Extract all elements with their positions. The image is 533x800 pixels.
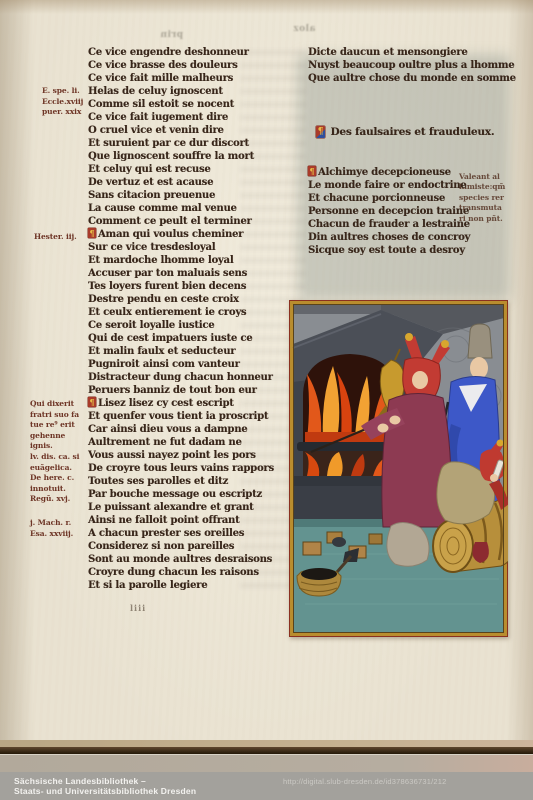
text-line: innotuit. bbox=[30, 484, 94, 495]
text-line: Din aultres choses de concroy bbox=[308, 231, 520, 244]
text-line: Sicque soy est toute a desroy bbox=[308, 244, 520, 257]
text-line: Distracteur dung chacun honneur bbox=[88, 371, 306, 384]
text-line: Toutes ses parolles et ditz bbox=[88, 475, 306, 488]
text-line: Esa. xxviij. bbox=[30, 529, 94, 540]
text-line: tue re⁹ erit bbox=[30, 420, 94, 431]
miniature-illustration bbox=[289, 300, 508, 637]
text-line: Car ainsi dieu vous a dampne bbox=[88, 423, 306, 436]
text-line: j. Mach. r. bbox=[30, 518, 94, 529]
dark-cap bbox=[332, 537, 346, 547]
text-line: Et ceulx entierement ie croys bbox=[88, 306, 306, 319]
page-bottom-edge bbox=[0, 740, 533, 747]
text-line: Aultrement ne fut dadam ne bbox=[88, 436, 306, 449]
illuminated-paragraph-mark: ¶ bbox=[88, 397, 96, 407]
digitized-manuscript-page: prin aloz E. spe. li.Eccle.xviijpuer. xx… bbox=[0, 0, 533, 800]
text-line: ¶Aman qui voulus cheminer bbox=[88, 228, 306, 241]
text-line: Qui de cest impatuers iuste ce bbox=[88, 332, 306, 345]
text-line: Et quenfer vous tient ia proscript bbox=[88, 410, 306, 423]
tall-hat bbox=[468, 324, 492, 358]
library-attribution: Sächsische Landesbibliothek – Staats- un… bbox=[14, 776, 196, 796]
coal-basket bbox=[297, 568, 341, 596]
text-line: Le monde faire or endoctrine bbox=[308, 179, 520, 192]
library-name-line1: Sächsische Landesbibliothek – bbox=[14, 776, 196, 786]
text-line: Tes loyers furent bien decens bbox=[88, 280, 306, 293]
text-line: De here. c. bbox=[30, 473, 94, 484]
illuminated-paragraph-mark: ¶ bbox=[316, 126, 325, 138]
text-line: Vous aussi nayez point les pors bbox=[88, 449, 306, 462]
text-line: O cruel vice et venin dire bbox=[88, 124, 306, 137]
text-line: Comment ce peult el terminer bbox=[88, 215, 306, 228]
text-line: Ce vice fait iugement dire bbox=[88, 111, 306, 124]
text-line: Ce vice brasse des douleurs bbox=[88, 59, 306, 72]
text-line: Sont au monde aultres desraisons bbox=[88, 553, 306, 566]
text-line: Accuser par ton maluais sens bbox=[88, 267, 306, 280]
watermark-bar: Sächsische Landesbibliothek – Staats- un… bbox=[0, 772, 533, 800]
chapter-heading-text: Des faulsaires et frauduleux. bbox=[330, 126, 494, 138]
text-line: Regũ. xvj. bbox=[30, 494, 94, 505]
table-surface bbox=[0, 754, 533, 773]
text-line: La cause comme mal venue bbox=[88, 202, 306, 215]
text-line: ¶Alchimye decepcioneuse bbox=[308, 166, 520, 179]
text-line: Ainsi ne falloit point offrant bbox=[88, 514, 306, 527]
text-line: euãgelica. bbox=[30, 463, 94, 474]
margin-notes-lower-2: j. Mach. r.Esa. xxviij. bbox=[30, 518, 94, 539]
text-line: gehenne bbox=[30, 431, 94, 442]
illuminated-paragraph-mark: ¶ bbox=[88, 228, 96, 238]
text-line: De vertuz et est acause bbox=[88, 176, 306, 189]
text-line: Ce vice fait mille malheurs bbox=[88, 72, 306, 85]
text-column-right-body: ¶Alchimye decepcioneuseLe monde faire or… bbox=[308, 166, 520, 257]
text-line: Ce seroit loyalle iustice bbox=[88, 319, 306, 332]
book-edge-shadow bbox=[0, 747, 533, 754]
text-line: Et si la parolle legiere bbox=[88, 579, 306, 592]
show-through-word: prin bbox=[160, 30, 183, 40]
text-line: lv. dis. ca. si bbox=[30, 452, 94, 463]
margin-note: Hester. iij. bbox=[34, 232, 94, 243]
text-line: De croyre tous leurs vains rappors bbox=[88, 462, 306, 475]
text-line: Croyre dung chacun les raisons bbox=[88, 566, 306, 579]
text-line: Peruers banniz de tout bon eur bbox=[88, 384, 306, 397]
text-line: Chacun de frauder a lestraine bbox=[308, 218, 520, 231]
text-line: Le puissant alexandre et grant bbox=[88, 501, 306, 514]
text-line: Par bouche message ou escriptz bbox=[88, 488, 306, 501]
text-line: Considerez si non pareilles bbox=[88, 540, 306, 553]
text-line: Pugniroit ainsi com vanteur bbox=[88, 358, 306, 371]
text-line: Sans citacion preuenue bbox=[88, 189, 306, 202]
text-line: Qui dixerit bbox=[30, 399, 94, 410]
text-line: Et mardoche lhomme loyal bbox=[88, 254, 306, 267]
text-line: Destre pendu en ceste croix bbox=[88, 293, 306, 306]
text-column-right-intro: Dicte daucun et mensongiereNuyst beaucou… bbox=[308, 46, 520, 85]
library-name-line2: Staats- und Universitätsbibliothek Dresd… bbox=[14, 786, 196, 796]
text-line: Sur ce vice tresdesloyal bbox=[88, 241, 306, 254]
quire-signature: liii bbox=[130, 603, 146, 613]
text-line: ¶Lisez lisez cy cest escript bbox=[88, 397, 306, 410]
illuminated-paragraph-mark: ¶ bbox=[308, 166, 316, 176]
text-line: ignis. bbox=[30, 441, 94, 452]
text-line: Et celuy qui est recuse bbox=[88, 163, 306, 176]
text-line: Et malin faulx et seducteur bbox=[88, 345, 306, 358]
show-through-word: aloz bbox=[293, 24, 315, 34]
margin-note-hester: Hester. iij. bbox=[34, 232, 94, 243]
text-line: fratri suo fa bbox=[30, 410, 94, 421]
text-column-left: Ce vice engendre deshonneurCe vice brass… bbox=[88, 46, 306, 592]
chapter-heading: ¶ Des faulsaires et frauduleux. bbox=[316, 125, 494, 139]
text-line: Dicte daucun et mensongiere bbox=[308, 46, 520, 59]
text-line: A chacun prester ses oreilles bbox=[88, 527, 306, 540]
text-line: Personne en decepcion traine bbox=[308, 205, 520, 218]
margin-notes-lower: Qui dixeritfratri suo fatue re⁹ eritgehe… bbox=[30, 399, 94, 505]
image-url: http://digital.slub-dresden.de/id3786367… bbox=[283, 777, 447, 786]
text-line: Comme sil estoit se nocent bbox=[88, 98, 306, 111]
text-line: Que lignoscent souffre la mort bbox=[88, 150, 306, 163]
text-line: Que aultre chose du monde en somme bbox=[308, 72, 520, 85]
text-line: Et suruient par ce dur discort bbox=[88, 137, 306, 150]
text-line: Et chacune porcionneuse bbox=[308, 192, 520, 205]
text-line: Ce vice engendre deshonneur bbox=[88, 46, 306, 59]
text-line: Nuyst beaucoup oultre plus a lhomme bbox=[308, 59, 520, 72]
text-line: Helas de celuy ignoscent bbox=[88, 85, 306, 98]
